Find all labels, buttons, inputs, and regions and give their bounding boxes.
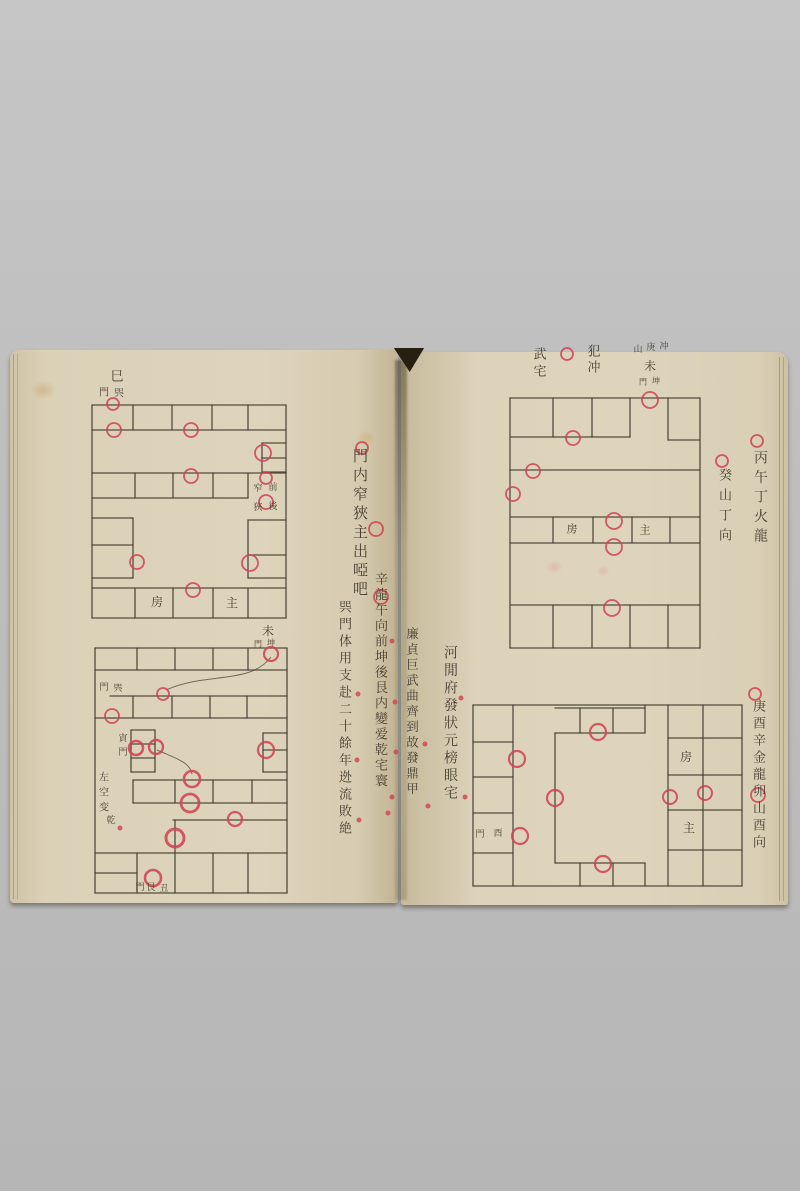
- book-gutter-crease: [395, 360, 407, 900]
- book-scan: 巳門巺窄前狹後房主未門坤門巺寊門左空变乾門艮丑犯冲武宅山庚冲未門坤房主房主門酉 …: [0, 0, 800, 1191]
- diagram-label: 冲: [659, 340, 668, 352]
- right-page: [401, 352, 788, 905]
- left-page: [10, 350, 398, 903]
